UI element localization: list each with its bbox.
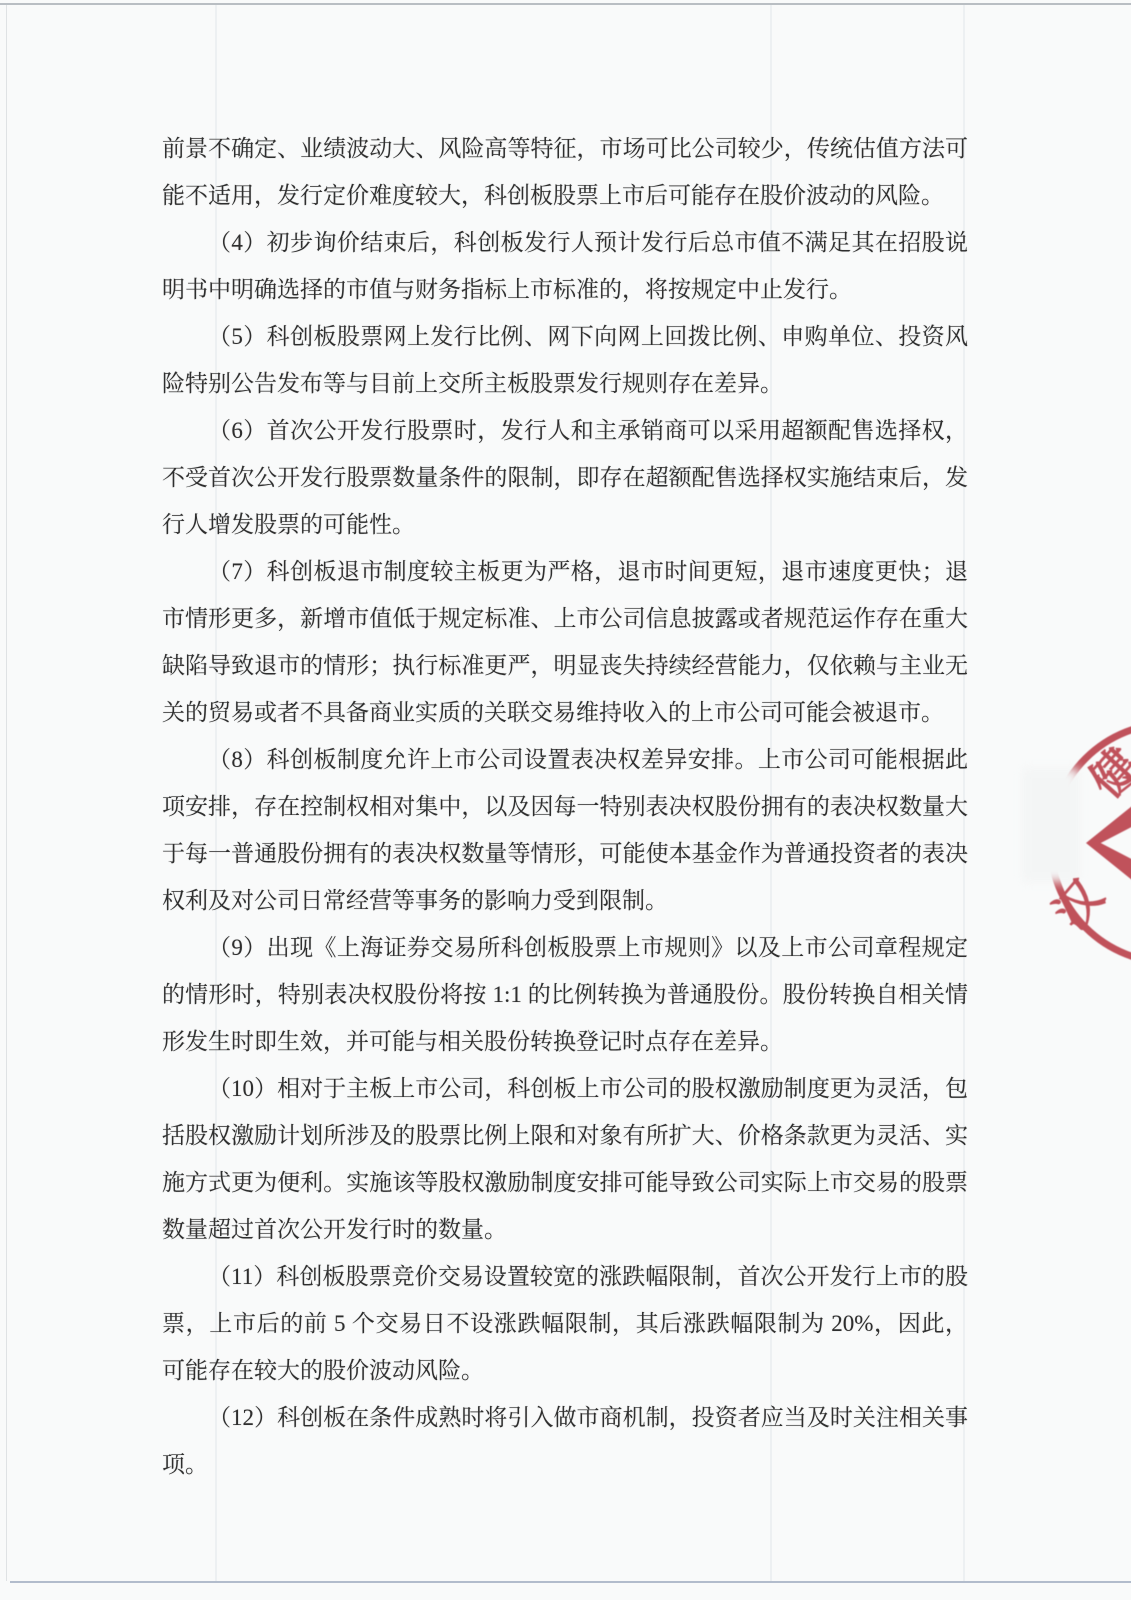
- seal-ink-fade: [1022, 768, 1080, 882]
- seal-character-bottom: 汉: [1047, 873, 1112, 938]
- seal-character-top: 健: [1083, 741, 1131, 806]
- paragraph-item-9: （9）出现《上海证券交易所科创板股票上市规则》以及上市公司章程规定的情形时，特别…: [162, 924, 968, 1065]
- paragraph-item-10: （10）相对于主板上市公司，科创板上市公司的股权激励制度更为灵活，包括股权激励计…: [162, 1065, 968, 1253]
- scan-edge-left-line: [6, 5, 7, 1581]
- paragraph-item-11: （11）科创板股票竞价交易设置较宽的涨跌幅限制，首次公开发行上市的股票，上市后的…: [162, 1253, 968, 1394]
- paragraph-item-12: （12）科创板在条件成熟时将引入做市商机制，投资者应当及时关注相关事项。: [162, 1394, 968, 1488]
- seal-character-top-partial: 之: [1112, 762, 1131, 818]
- document-body: 前景不确定、业绩波动大、风险高等特征，市场可比公司较少，传统估值方法可能不适用，…: [162, 125, 968, 1488]
- paragraph-item-5: （5）科创板股票网上发行比例、网下向网上回拨比例、申购单位、投资风险特别公告发布…: [162, 313, 968, 407]
- paragraph-item-6: （6）首次公开发行股票时，发行人和主承销商可以采用超额配售选择权，不受首次公开发…: [162, 407, 968, 548]
- scan-edge-bottom-line: [10, 1581, 1131, 1583]
- paragraph-item-4: （4）初步询价结束后，科创板发行人预计发行后总市值不满足其在招股说明书中明确选择…: [162, 219, 968, 313]
- paragraph-continuation: 前景不确定、业绩波动大、风险高等特征，市场可比公司较少，传统估值方法可能不适用，…: [162, 125, 968, 219]
- star-icon: [1086, 806, 1131, 880]
- paragraph-item-7: （7）科创板退市制度较主板更为严格，退市时间更短，退市速度更快；退市情形更多，新…: [162, 548, 968, 736]
- seal-ring: [1047, 720, 1131, 966]
- scan-edge-top-line: [0, 3, 1131, 5]
- paragraph-item-8: （8）科创板制度允许上市公司设置表决权差异安排。上市公司可能根据此项安排，存在控…: [162, 736, 968, 924]
- scanned-document-page: 前景不确定、业绩波动大、风险高等特征，市场可比公司较少，传统估值方法可能不适用，…: [0, 0, 1131, 1600]
